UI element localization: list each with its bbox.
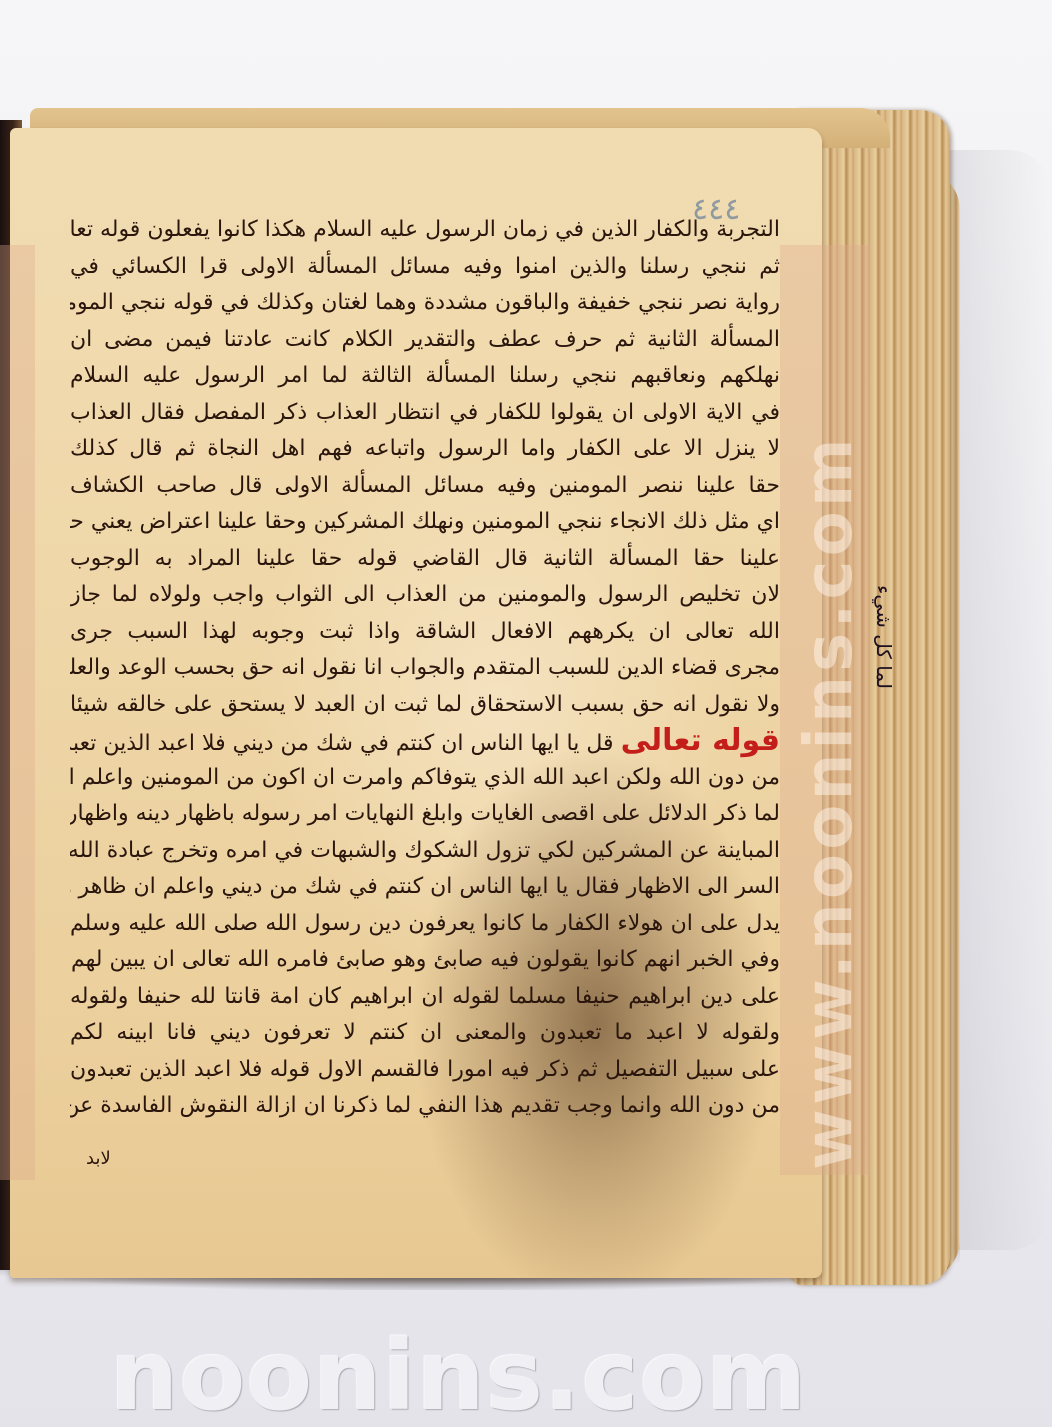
text-line: علينا حقا المسألة الثانية قال القاضي قول… (70, 541, 780, 578)
text-line: ولقوله لا اعبد ما تعبدون والمعنى ان كنتم… (70, 1015, 780, 1052)
heading-line: قوله تعالى قل يا ايها الناس ان كنتم في ش… (70, 723, 780, 760)
page-edge-note: لما كل شيء (872, 585, 896, 689)
text-line: اي مثل ذلك الانجاء ننجي المومنين ونهلك ا… (70, 504, 780, 541)
text-line: في الاية الاولى ان يقولوا للكفار في انتظ… (70, 395, 780, 432)
text-line: من دون الله وانما وجب تقديم هذا النفي لم… (70, 1088, 780, 1125)
text-line: المباينة عن المشركين لكي تزول الشكوك وال… (70, 833, 780, 870)
footer-watermark: noonins.com (110, 1320, 730, 1427)
text-line: لان تخليص الرسول والمومنين من العذاب الى… (70, 577, 780, 614)
rubric-heading: قوله تعالى (621, 723, 780, 758)
text-line: الله تعالى ان يكرههم الافعال الشاقة واذا… (70, 614, 780, 651)
watermark-strip-left (0, 245, 35, 1180)
text-line: حقا علينا ننصر المومنين وفيه مسائل المسأ… (70, 468, 780, 505)
text-line: نهلكهم ونعاقبهم ننجي رسلنا المسألة الثال… (70, 358, 780, 395)
text-line: لا ينزل الا على الكفار واما الرسول واتبا… (70, 431, 780, 468)
text-line: المسألة الثانية ثم حرف عطف والتقدير الكل… (70, 322, 780, 359)
text-line: رواية نصر ننجي خفيفة والباقون مشددة وهما… (70, 285, 780, 322)
catchword: لابد (86, 1148, 111, 1169)
heading-line-text: قل يا ايها الناس ان كنتم في شك من ديني ف… (70, 731, 614, 756)
text-line: ثم ننجي رسلنا والذين امنوا وفيه مسائل ال… (70, 249, 780, 286)
text-line: على سبيل التفصيل ثم ذكر فيه امورا فالقسم… (70, 1052, 780, 1089)
manuscript-text: التجربة والكفار الذين في زمان الرسول علي… (70, 212, 780, 1125)
text-line: وفي الخبر انهم كانوا يقولون فيه صابئ وهو… (70, 942, 780, 979)
text-line: مجرى قضاء الدين للسبب المتقدم والجواب ان… (70, 650, 780, 687)
text-line: على دين ابراهيم حنيفا مسلما لقوله ان ابر… (70, 979, 780, 1016)
text-line: يدل على ان هولاء الكفار ما كانوا يعرفون … (70, 906, 780, 943)
text-line: ولا نقول انه حق بسبب الاستحقاق لما ثبت ا… (70, 687, 780, 724)
text-line: لما ذكر الدلائل على اقصى الغايات وابلغ ا… (70, 796, 780, 833)
text-line: التجربة والكفار الذين في زمان الرسول علي… (70, 212, 780, 249)
text-line: السر الى الاظهار فقال يا ايها الناس ان ك… (70, 869, 780, 906)
vertical-watermark: www.noonins.com (790, 434, 867, 1170)
text-line: من دون الله ولكن اعبد الله الذي يتوفاكم … (70, 760, 780, 797)
